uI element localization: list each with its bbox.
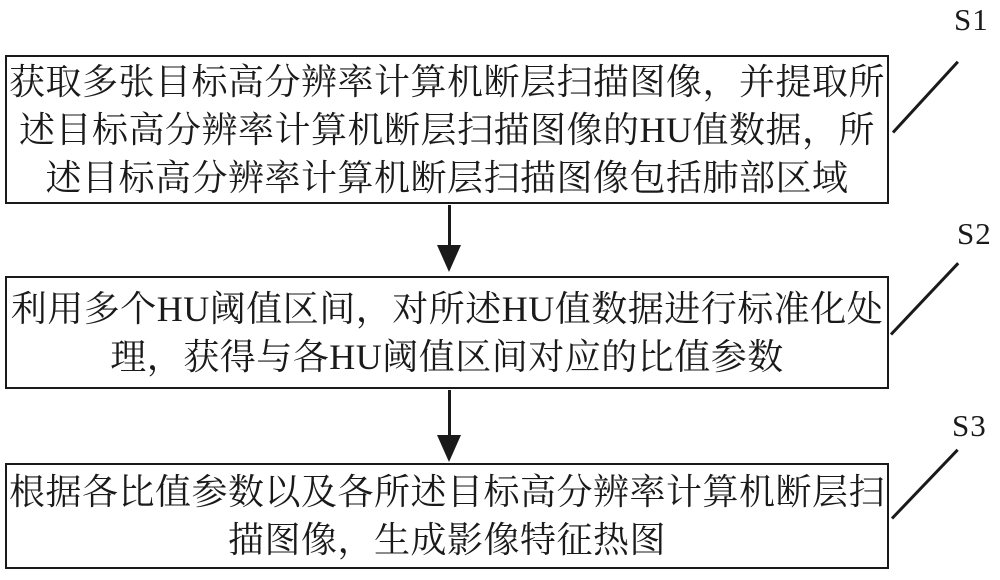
flow-box-step-2: 利用多个HU阈值区间，对所述HU值数据进行标准化处 理，获得与各HU阈值区间对应… bbox=[5, 276, 889, 389]
step-label-s1: S1 bbox=[954, 4, 989, 35]
step-1-text-line-1: 获取多张目标高分辨率计算机断层扫描图像，并提取所 bbox=[9, 58, 885, 106]
step-1-text-line-3: 述目标高分辨率计算机断层扫描图像包括肺部区域 bbox=[45, 154, 848, 202]
arrow-shaft bbox=[448, 205, 451, 247]
step-3-text-line-1: 根据各比值参数以及各所述目标高分辨率计算机断层扫 bbox=[9, 468, 885, 516]
step-2-text-line-2: 理，获得与各HU阈值区间对应的比值参数 bbox=[110, 333, 784, 381]
arrow-head bbox=[437, 435, 461, 462]
leader-line-s3 bbox=[891, 449, 959, 520]
step-2-text-line-1: 利用多个HU阈值区间，对所述HU值数据进行标准化处 bbox=[11, 285, 884, 333]
step-1-text-line-2: 述目标高分辨率计算机断层扫描图像的HU值数据，所 bbox=[19, 106, 875, 154]
leader-line-s2 bbox=[890, 262, 959, 335]
step-label-s2: S2 bbox=[957, 218, 992, 249]
leader-line-s1 bbox=[892, 61, 959, 134]
step-label-s3: S3 bbox=[952, 410, 987, 441]
flow-box-step-1: 获取多张目标高分辨率计算机断层扫描图像，并提取所 述目标高分辨率计算机断层扫描图… bbox=[5, 55, 889, 204]
arrow-head bbox=[437, 245, 461, 272]
flow-box-step-3: 根据各比值参数以及各所述目标高分辨率计算机断层扫 描图像，生成影像特征热图 bbox=[5, 463, 889, 569]
step-3-text-line-2: 描图像，生成影像特征热图 bbox=[228, 516, 666, 564]
flowchart-canvas: 获取多张目标高分辨率计算机断层扫描图像，并提取所 述目标高分辨率计算机断层扫描图… bbox=[0, 0, 1000, 580]
arrow-shaft bbox=[448, 390, 451, 437]
